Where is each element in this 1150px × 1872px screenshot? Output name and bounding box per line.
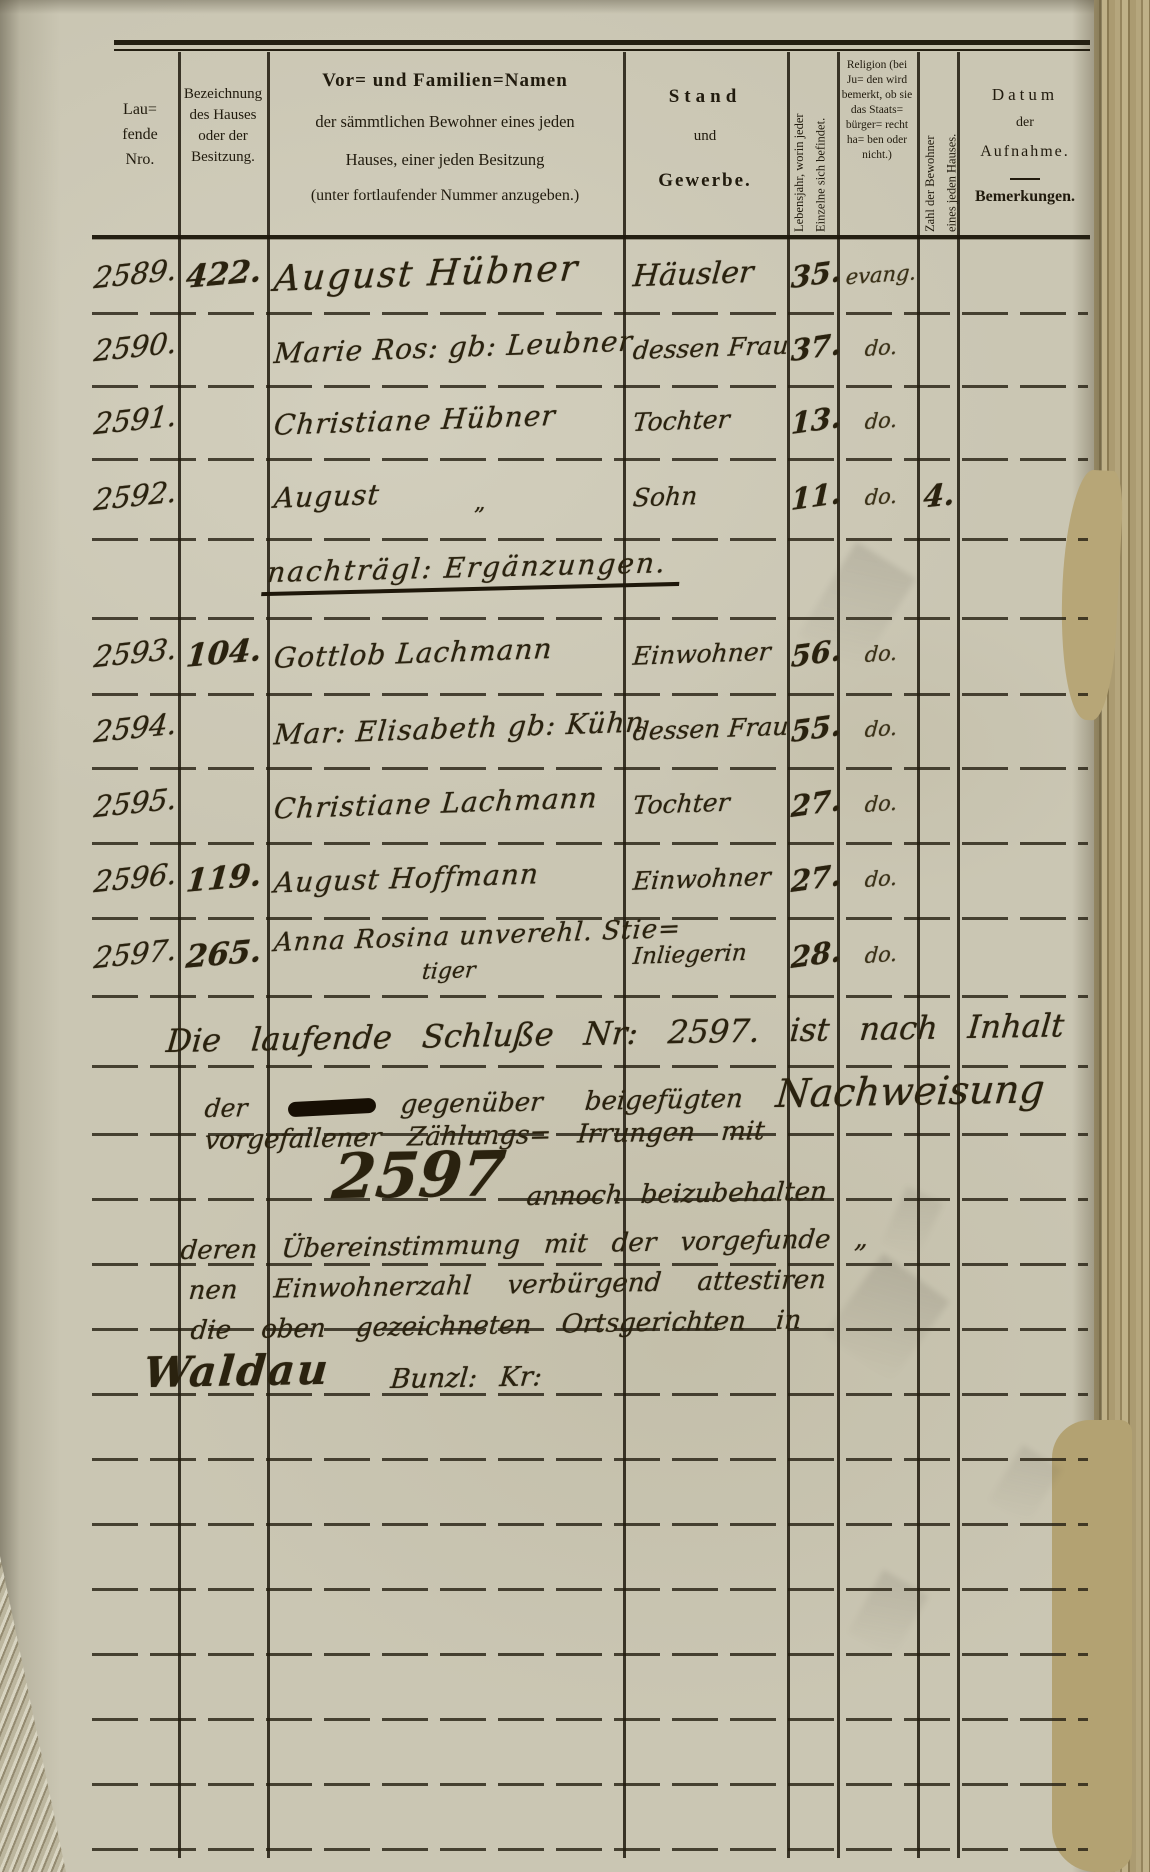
column-header-datum-der: der	[962, 115, 1088, 131]
column-header-name-line4: (unter fortlaufender Nummer anzugeben.)	[268, 187, 622, 205]
row-alter: 11.	[790, 475, 843, 517]
row-stand: Einwohner	[632, 637, 772, 671]
row-religion: do.	[840, 332, 921, 362]
row-religion: do.	[840, 482, 921, 512]
row-name: August Hoffmann	[273, 857, 541, 899]
table-rule-horizontal	[92, 1523, 1088, 1526]
table-row: 2590. Marie Ros: gb: Leubner dessen Frau…	[92, 312, 1090, 385]
top-rule-thick	[114, 40, 1090, 45]
note-line-4-number: 2597	[330, 1137, 509, 1213]
table-rule-horizontal	[92, 1848, 1088, 1851]
row-alter: 28.	[790, 933, 843, 975]
row-laufende-nro: 2589.	[92, 252, 175, 295]
column-header-laufende-nro: Lau= fende Nro.	[106, 98, 174, 172]
ditto-mark: „	[474, 491, 485, 516]
column-header-name-line2: der sämmtlichen Bewohner eines jeden	[270, 112, 620, 132]
lebensjahr-line1: Lebensjahr, worin jeder	[789, 56, 810, 232]
row-haus-nr: 422.	[185, 252, 268, 295]
column-header-name-line3: Hauses, einer jeden Besitzung	[270, 150, 620, 170]
row-laufende-nro: 2591.	[92, 398, 175, 441]
row-haus-nr: 265.	[185, 933, 268, 976]
row-name: August Hübner	[272, 248, 581, 300]
table-row: 2589. 422. August Hübner Häusler 35. eva…	[92, 239, 1090, 312]
row-laufende-nro: 2596.	[92, 856, 175, 899]
row-zahl: 4.	[918, 476, 960, 516]
row-name: Gottlob Lachmann	[273, 632, 554, 675]
row-laufende-nro: 2593.	[92, 631, 175, 674]
column-header-gewerbe: Gewerbe.	[625, 170, 785, 192]
row-stand: dessen Frau	[632, 330, 790, 365]
row-name: Christiane Hübner	[273, 398, 558, 441]
lebensjahr-line2: Einzelne sich befindet.	[810, 56, 831, 232]
table-row: 2592. August „ Sohn 11. do. 4.	[92, 458, 1090, 538]
row-stand: Tochter	[632, 404, 731, 436]
note-signature-place: Waldau	[142, 1345, 332, 1397]
row-religion: evang.	[840, 259, 921, 289]
row-stand: Einwohner	[632, 861, 772, 895]
column-header-stand: Stand	[625, 86, 785, 108]
bewohnerzahl-line2: eines jeden Hauses.	[941, 56, 962, 232]
row-alter: 55.	[790, 707, 843, 749]
row-religion: do.	[840, 940, 921, 970]
column-header-haus: Bezeichnung des Hauses oder der Besitzun…	[181, 84, 265, 168]
bewohnerzahl-line1: Zahl der Bewohner	[920, 56, 941, 232]
row-haus-nr: 119.	[185, 856, 268, 899]
table-rule-horizontal	[92, 1588, 1088, 1591]
row-name-continued: tiger	[421, 958, 477, 985]
table-row: 2595. Christiane Lachmann Tochter 27. do…	[92, 767, 1090, 842]
row-stand: Sohn	[632, 481, 699, 512]
header-divider-dash	[1010, 178, 1040, 180]
row-alter: 27.	[790, 782, 843, 824]
table-row: 2591. Christiane Hübner Tochter 13. do.	[92, 385, 1090, 458]
row-alter: 37.	[790, 326, 843, 368]
row-laufende-nro: 2597.	[92, 932, 175, 975]
row-alter: 27.	[790, 857, 843, 899]
row-religion: do.	[840, 714, 921, 744]
row-name: Christiane Lachmann	[273, 781, 600, 825]
column-header-bewohnerzahl: Zahl der Bewohner eines jeden Hauses.	[920, 56, 954, 232]
row-religion: do.	[840, 788, 921, 818]
column-header-bemerkungen: Bemerkungen.	[962, 188, 1088, 206]
row-name: Mar: Elisabeth gb: Kühn	[273, 705, 646, 751]
torn-edge	[1052, 1420, 1132, 1872]
row-stand: dessen Frau	[632, 712, 790, 747]
note-line-4-text: annoch beizubehalten	[525, 1177, 828, 1212]
row-alter: 35.	[790, 253, 843, 295]
column-header-aufnahme: Aufnahme.	[962, 143, 1088, 161]
column-header-religion: Religion (bei Ju= den wird bemerkt, ob s…	[839, 58, 915, 163]
row-alter: 13.	[790, 399, 843, 441]
row-laufende-nro: 2592.	[92, 474, 175, 517]
row-zahl	[919, 273, 959, 277]
table-rule-horizontal	[92, 538, 1088, 541]
note-line-2-nachweisung: Nachweisung	[774, 1067, 1046, 1117]
row-laufende-nro: 2594.	[92, 706, 175, 749]
column-header-datum: Datum	[962, 85, 1088, 105]
table-row: 2594. Mar: Elisabeth gb: Kühn dessen Fra…	[92, 693, 1090, 767]
table-row: 2596. 119. August Hoffmann Einwohner 27.…	[92, 842, 1090, 917]
column-header-name-title: Vor= und Familien=Namen	[270, 70, 620, 92]
row-laufende-nro: 2595.	[92, 781, 175, 824]
row-religion: do.	[840, 863, 921, 893]
row-haus-nr: 104.	[185, 632, 268, 675]
row-stand: Tochter	[632, 787, 731, 819]
row-laufende-nro: 2590.	[92, 325, 175, 368]
row-name: Anna Rosina unverehl. Stie=	[273, 914, 683, 958]
scanned-register-page: Lau= fende Nro. Bezeichnung des Hauses o…	[0, 0, 1150, 1872]
column-header-stand-und: und	[625, 128, 785, 145]
column-header-lebensjahr: Lebensjahr, worin jeder Einzelne sich be…	[789, 56, 835, 232]
table-rule-horizontal	[92, 1065, 1088, 1068]
table-rule-horizontal	[92, 995, 1088, 998]
row-stand: Inliegerin	[632, 940, 748, 970]
table-rule-horizontal	[92, 1458, 1088, 1461]
table-rule-horizontal	[92, 1718, 1088, 1721]
row-name: August	[273, 478, 382, 515]
note-signature-district: Bunzl: Kr:	[389, 1361, 543, 1395]
row-name: Marie Ros: gb: Leubner	[273, 324, 635, 370]
note-line-2-der: der	[203, 1093, 248, 1123]
top-rule-thin	[114, 49, 1090, 51]
table-rule-horizontal	[92, 1783, 1088, 1786]
row-stand: Häusler	[632, 254, 755, 293]
table-row: 2593. 104. Gottlob Lachmann Einwohner 56…	[92, 617, 1090, 693]
row-religion: do.	[840, 405, 921, 435]
table-row: 2597. 265. Anna Rosina unverehl. Stie= t…	[92, 917, 1090, 995]
table-rule-horizontal	[92, 1653, 1088, 1656]
note-line-2-mid: gegenüber beigefügten	[399, 1084, 744, 1120]
